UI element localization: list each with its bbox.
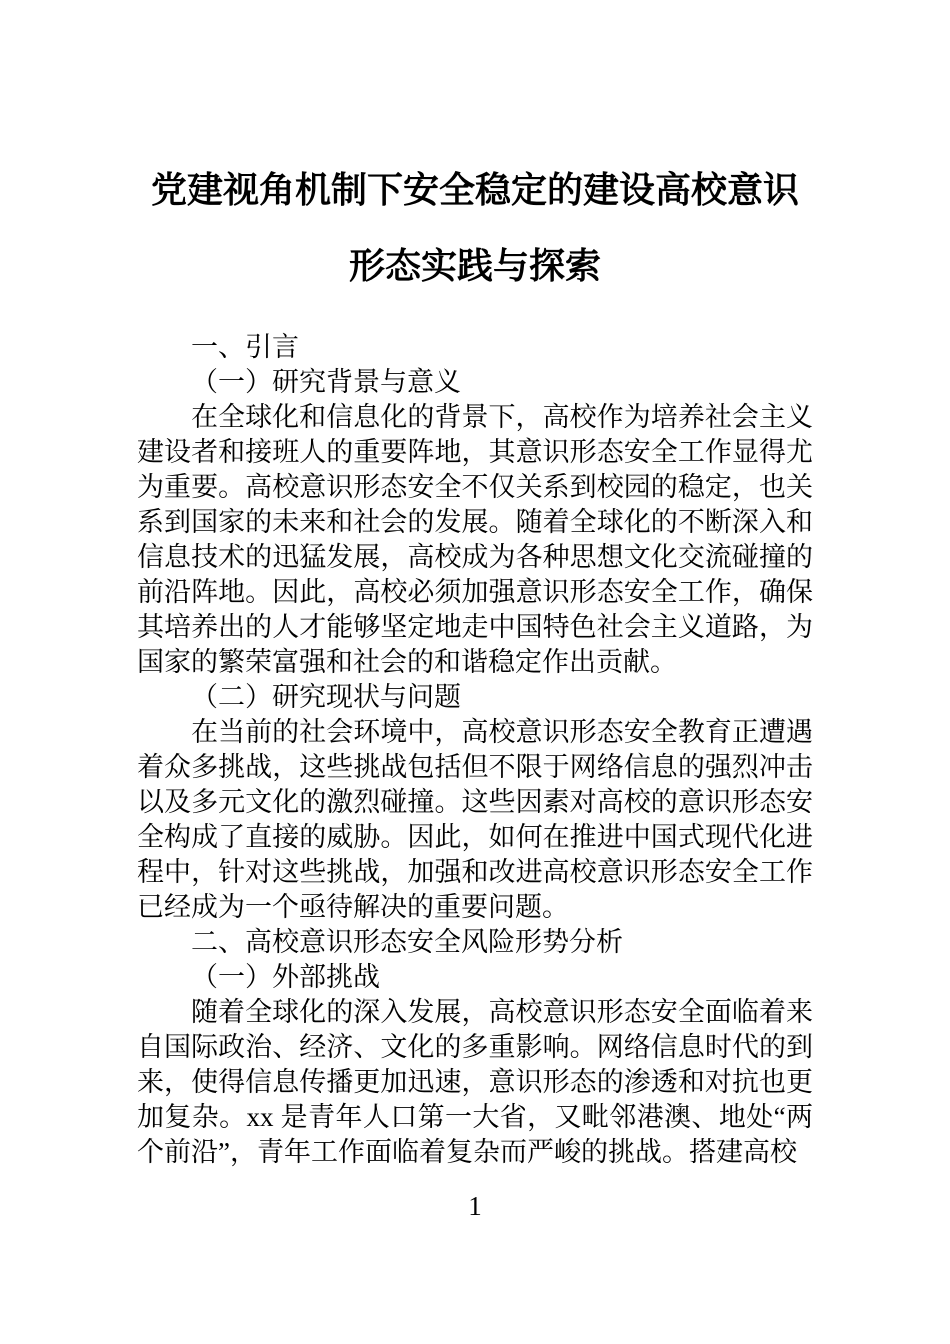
page-footer: 1 [0, 1189, 950, 1224]
document-page: 党建视角机制下安全稳定的建设高校意识形态实践与探索 一、引言（一）研究背景与意义… [0, 0, 950, 1344]
section-heading: （一）研究背景与意义 [137, 365, 813, 400]
paragraph: 在全球化和信息化的背景下，高校作为培养社会主义建设者和接班人的重要阵地，其意识形… [137, 400, 813, 680]
section-heading: 二、高校意识形态安全风险形势分析 [137, 925, 813, 960]
document-body: 一、引言（一）研究背景与意义在全球化和信息化的背景下，高校作为培养社会主义建设者… [137, 330, 813, 1170]
section-heading: 一、引言 [137, 330, 813, 365]
section-heading: （二）研究现状与问题 [137, 680, 813, 715]
document-title: 党建视角机制下安全稳定的建设高校意识形态实践与探索 [145, 152, 805, 304]
page-number: 1 [468, 1191, 482, 1221]
section-heading: （一）外部挑战 [137, 960, 813, 995]
paragraph: 随着全球化的深入发展，高校意识形态安全面临着来自国际政治、经济、文化的多重影响。… [137, 995, 813, 1170]
paragraph: 在当前的社会环境中，高校意识形态安全教育正遭遇着众多挑战，这些挑战包括但不限于网… [137, 715, 813, 925]
